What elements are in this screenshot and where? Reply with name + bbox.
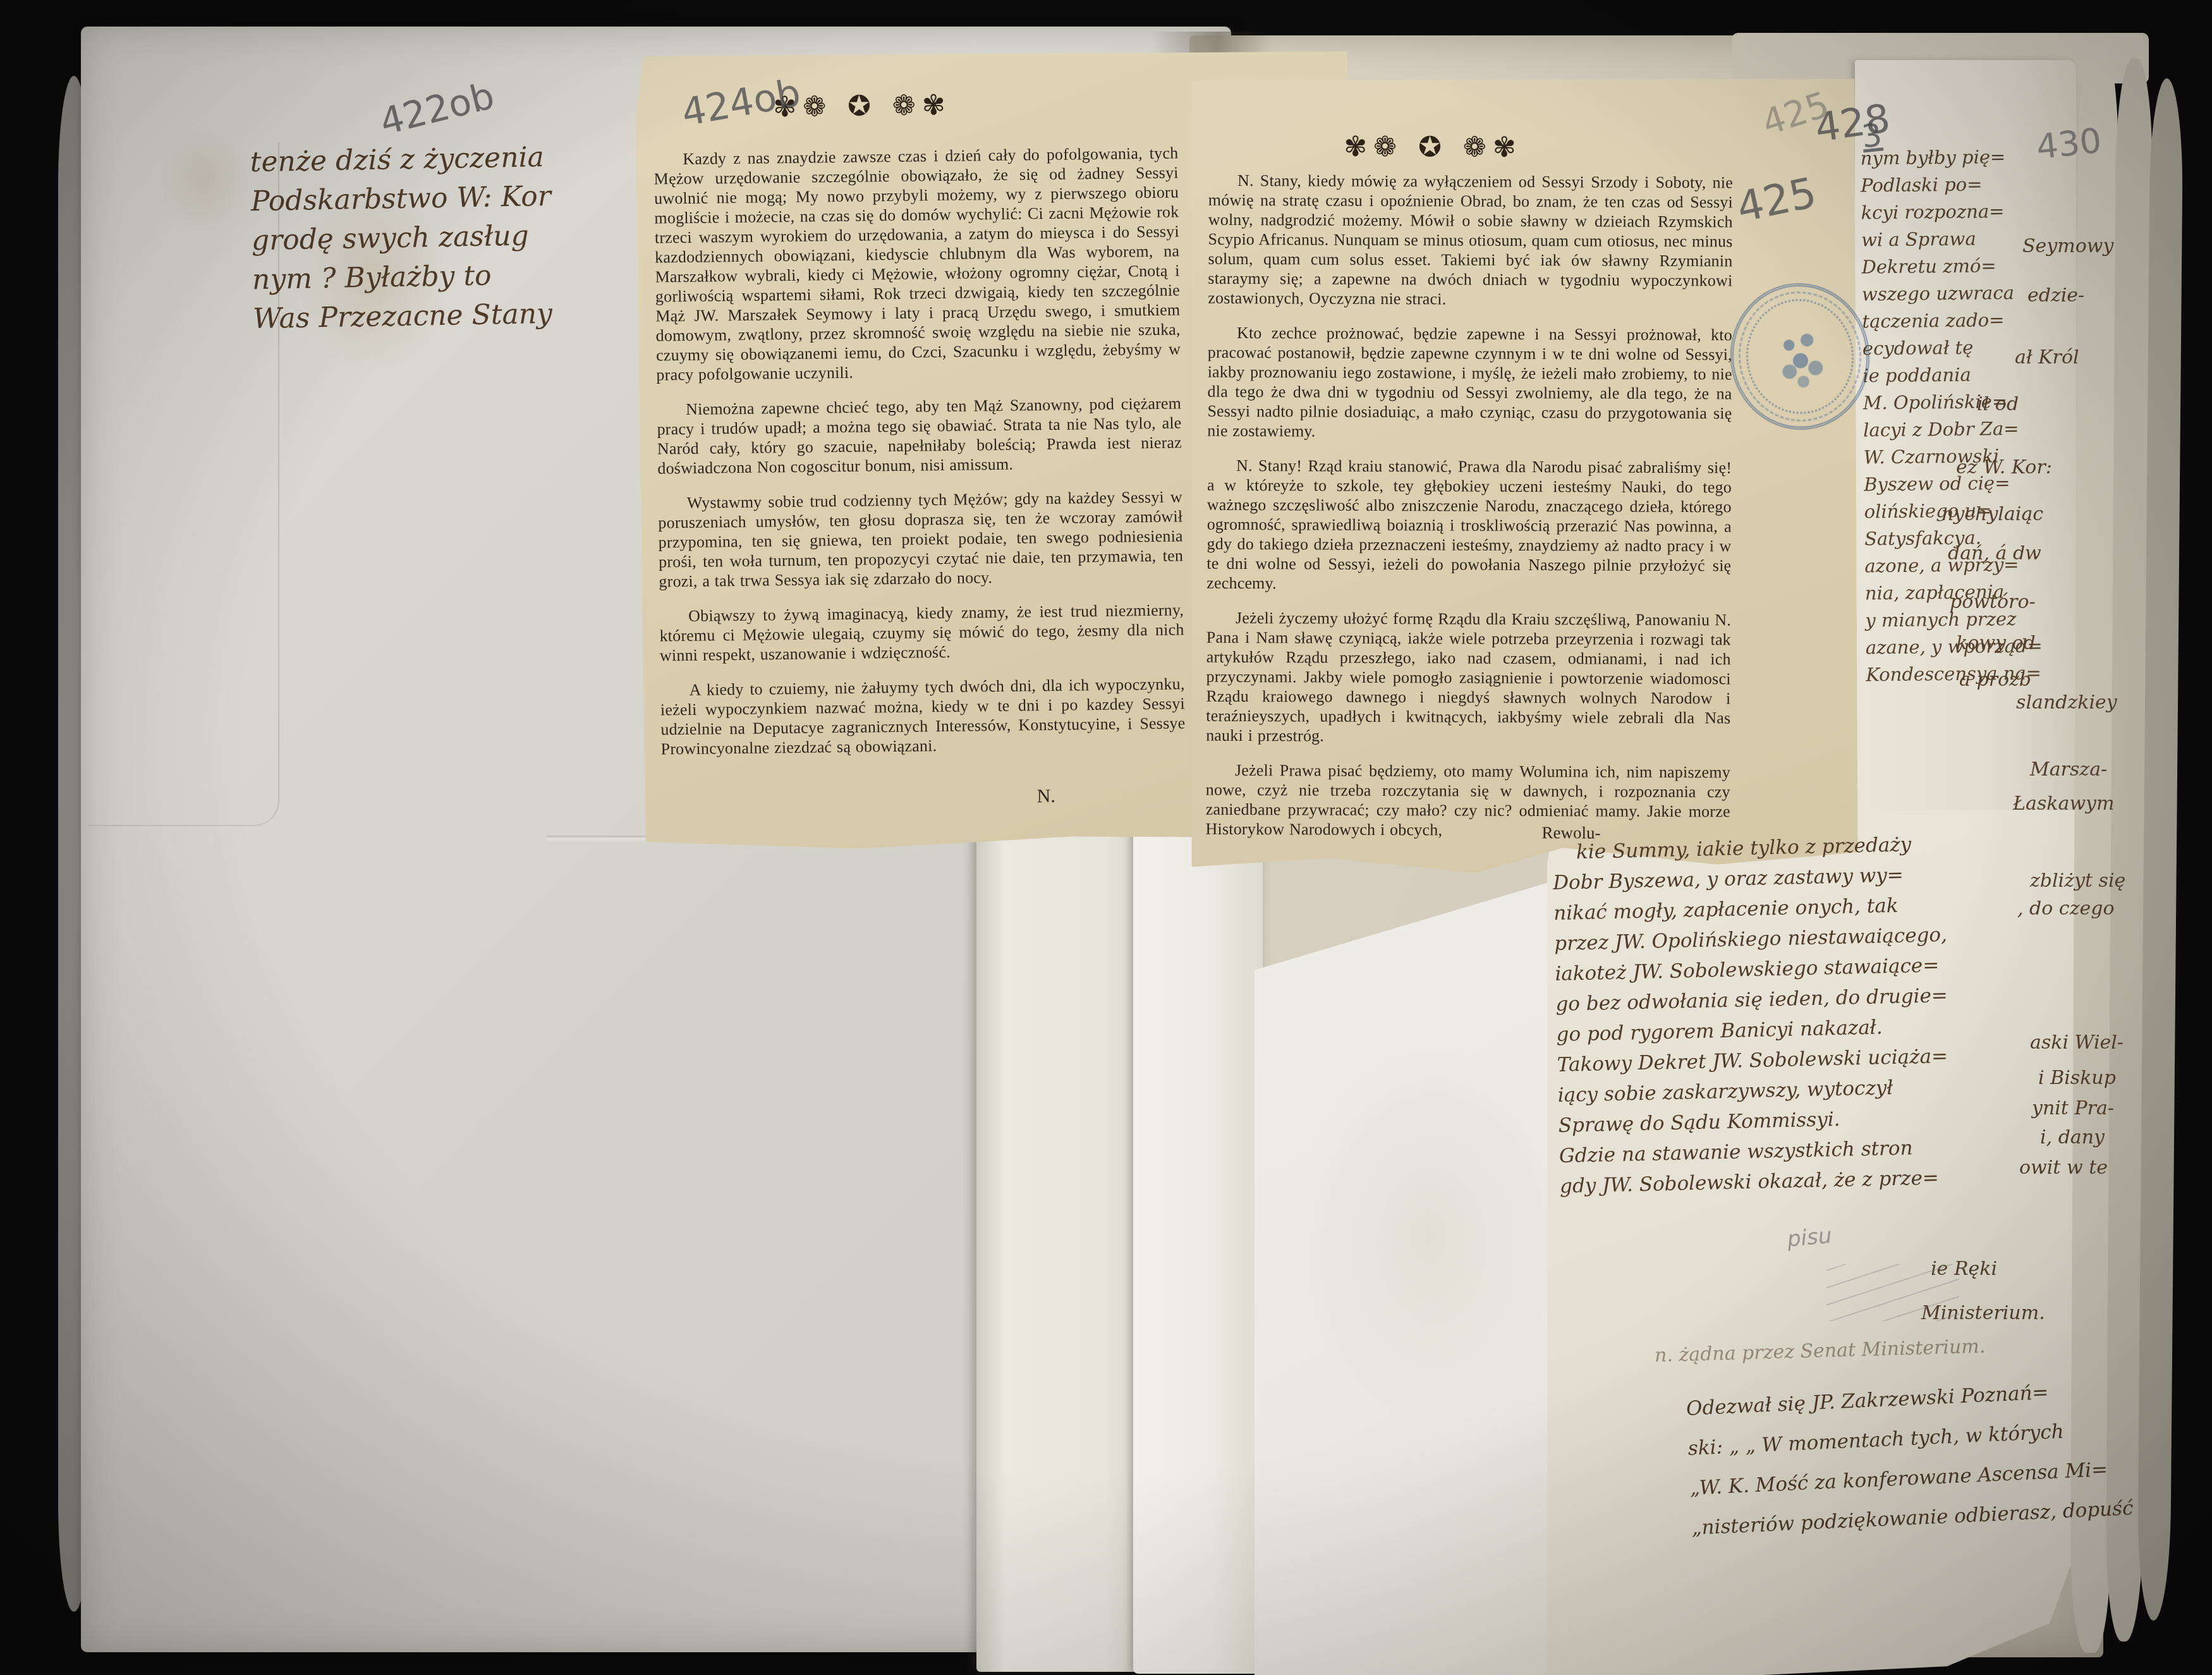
handwriting-fragment: lacyi z Dobr Za= (1863, 415, 2040, 444)
handwriting-fragment: Podlaski po= (1861, 171, 2038, 200)
handwriting-fragment: edzie- (2027, 284, 2084, 307)
handwriting-fragment: owit w te (2019, 1157, 2108, 1179)
handwriting-line: grodę swych zasług (251, 216, 552, 260)
printed-text-column: N. Stany, kiedy mówię za wyłączeniem od … (1205, 171, 1733, 856)
handwriting-fragment: i Biskup (2038, 1067, 2116, 1089)
printed-paragraph: Jeżeli Prawa pisać będziemy, oto mamy Wo… (1205, 760, 1730, 841)
handwriting-fragment: kcyi rozpozna= (1861, 198, 2038, 227)
handwriting-fragment: ecydował tę (1863, 334, 2039, 363)
inner-sheet-edge (88, 142, 279, 826)
folio-number-pencil: 3 (1860, 116, 1884, 155)
handwriting-fragment: a prozb (1959, 669, 2031, 691)
handwriting-fragment: ił od (1977, 393, 2019, 415)
handwriting-fragment: ez W. Kor: (1956, 456, 2052, 478)
main-handwriting-block: kie Summy, iakie tylko z przedażyDobr By… (1552, 829, 1954, 1202)
printed-paragraph: Jeżeli życzemy ułożyć formę Rządu dla Kr… (1206, 608, 1731, 748)
printed-paragraph: N. Stany, kiedy mówię za wyłączeniem od … (1208, 171, 1733, 310)
archival-scan: tenże dziś z życzeniaPodskarbstwo W: Kor… (0, 0, 2212, 1675)
handwriting-line: Was Przezacne Stany (253, 295, 554, 339)
ink-blot (158, 126, 253, 234)
handwriting-fragment: i, dany (2040, 1126, 2105, 1148)
typographic-ornament: ✾❁ ✪ ❁✾ (1344, 131, 1522, 164)
handwriting-fragment: zbliżyt się (2030, 870, 2125, 892)
printed-paragraph: Kto zechce prożnować, będzie zapewne i n… (1207, 323, 1732, 443)
handwriting-fragment: Seymowy (2022, 235, 2113, 257)
handwriting-fragment: Dekretu zmó= (1861, 252, 2038, 281)
printed-text-column: Kazdy z nas znaydzie zawsze czas i dzień… (653, 143, 1186, 774)
handwriting-fragment: kowy od (1956, 632, 2036, 654)
handwriting-line: Podskarbstwo W: Kor (250, 177, 551, 221)
handwriting-fragment: dań, á dw (1948, 542, 2041, 564)
left-page-handwriting: tenże dziś z życzeniaPodskarbstwo W: Kor… (250, 138, 553, 339)
handwriting-fragment: Marsza- (2030, 758, 2107, 781)
handwriting-fragment: nychylaiąc (1942, 503, 2043, 525)
pencil-note: pisu (1786, 1223, 1833, 1252)
handwriting-fragment: Łaskawym (2013, 793, 2115, 815)
handwriting-line: nym ? Byłażby to (252, 255, 553, 300)
handwriting-fragment: wi a Sprawa (1861, 225, 2038, 254)
handwriting-line: tenże dziś z życzenia (250, 138, 550, 182)
handwriting-fragment: nym byłby pię= (1861, 143, 2038, 173)
printed-signature: N. (1037, 786, 1056, 807)
printed-paragraph: Niemożna zapewne chcieć tego, aby ten Mą… (657, 393, 1182, 478)
handwriting-fragment: tączenia zado= (1862, 307, 2039, 336)
printed-paragraph: Kazdy z nas znaydzie zawsze czas i dzień… (653, 143, 1181, 384)
bottom-handwriting-block: Odezwał się JP. Zakrzewski Poznań=ski: „… (1686, 1369, 2134, 1548)
folio-number-pencil: 430 (2034, 121, 2103, 167)
handwriting-fragment: aski Wiel- (2030, 1032, 2124, 1054)
handwriting-fragment: ał Król (2015, 346, 2079, 368)
handwriting-fragment: ynit Pra- (2032, 1097, 2114, 1119)
printed-paragraph: Obiąwszy to żywą imaginacyą, kiedy znamy… (659, 600, 1184, 665)
bleed-through (1296, 1043, 1561, 1422)
handwriting-fragment: ie poddania (1863, 361, 2039, 390)
pencil-scribble (1826, 1264, 1959, 1321)
handwriting-fragment: slandzkiey (2016, 691, 2117, 714)
printed-paragraph: A kiedy to czuiemy, nie żałuymy tych dwó… (660, 674, 1185, 758)
printed-paragraph: Wystawmy sobie trud codzienny tych Mężów… (658, 487, 1184, 591)
printed-paragraph: N. Stany! Rząd kraiu stanowić, Prawa dla… (1206, 456, 1732, 595)
handwriting-fragment: wszego uzwraca (1862, 279, 2039, 308)
handwriting-fragment: powtóro- (1950, 591, 2036, 613)
handwriting-fragment: , do czego (2017, 898, 2115, 920)
